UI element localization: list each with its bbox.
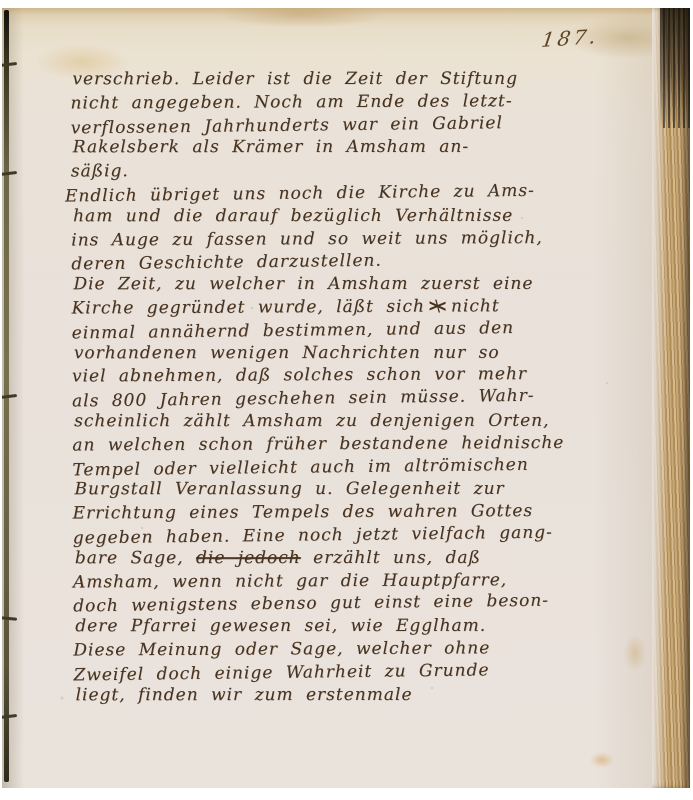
stitch-thread [2,171,17,176]
manuscript-line: scheinlich zählt Amsham zu denjenigen Or… [74,410,634,433]
manuscript-line: dere Pfarrei gewesen sei, wie Egglham. [75,615,635,638]
line-text: nicht [451,296,500,316]
stitch-thread [2,394,17,399]
manuscript-line: Rakelsberk als Krämer in Amsham an- [73,136,633,159]
crossed-out-word-mark [430,299,446,312]
page-number: 187. [540,24,601,52]
stitch-thread [2,62,17,67]
line-text: Kirche gegründet wurde, läßt sich [72,297,426,319]
manuscript-page: 187. verschrieb. Leider ist die Zeit der… [2,8,690,788]
page-edges-dark-corner [660,8,690,128]
strikethrough-text: die jedoch [196,548,301,568]
manuscript-line: verschrieb. Leider ist die Zeit der Stif… [72,68,632,91]
stitch-thread [2,714,17,719]
manuscript-line: ham und die darauf bezüglich Verhältniss… [73,205,633,228]
scanned-book-photo: 187. verschrieb. Leider ist die Zeit der… [0,0,693,800]
manuscript-line: Die Zeit, zu welcher in Amsham zuerst ei… [73,273,633,296]
line-text: erzählt uns, daß [301,548,481,568]
manuscript-text: verschrieb. Leider ist die Zeit der Stif… [70,67,635,708]
line-text: bare Sage, [75,548,196,568]
manuscript-line-with-strikethrough: bare Sage, die jedoch erzählt uns, daß [75,546,635,569]
manuscript-line: vorhandenen wenigen Nachrichten nur so [74,341,634,364]
manuscript-line: Burgstall Veranlassung u. Gelegenheit zu… [75,478,635,501]
manuscript-line: liegt, finden wir zum erstenmale [76,683,636,706]
